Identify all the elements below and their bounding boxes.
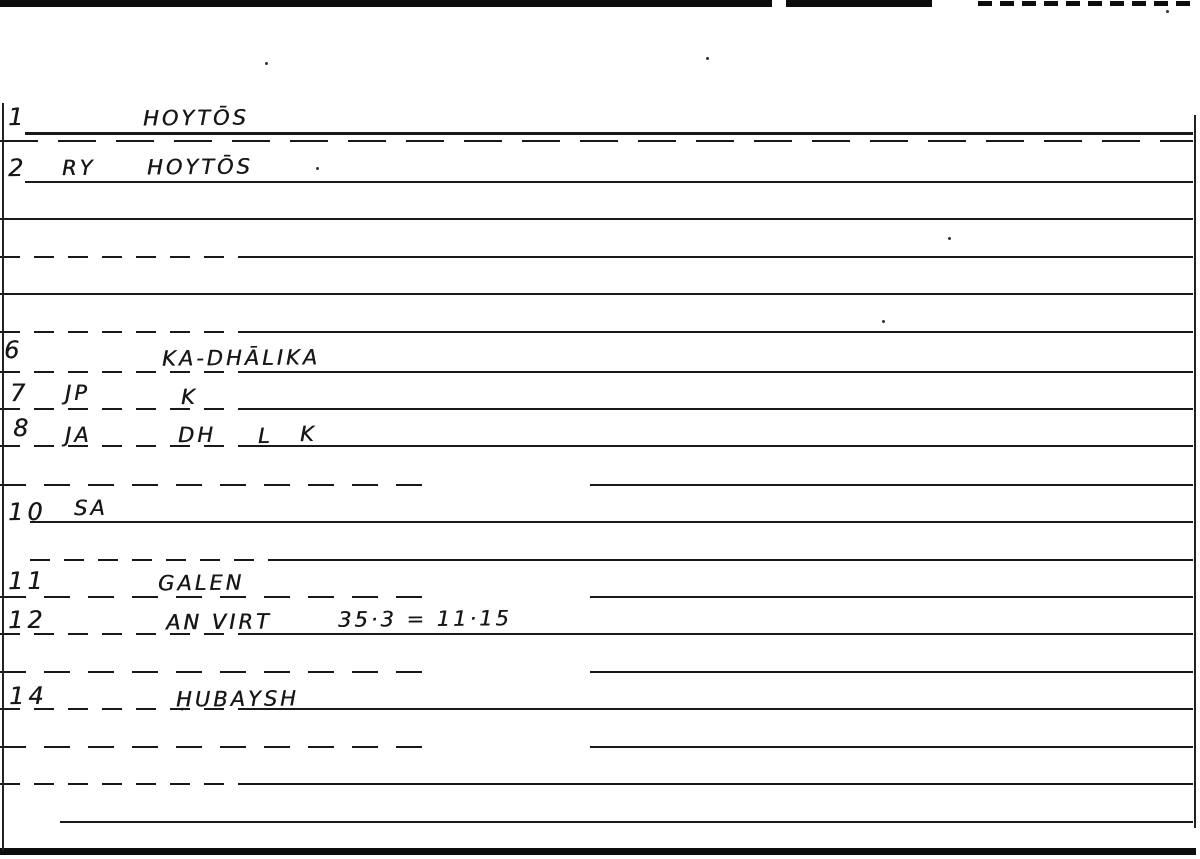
- ruled-line: [0, 746, 1193, 748]
- entry-line-number: 11: [8, 567, 47, 596]
- ink-speck: [706, 57, 709, 60]
- ruled-line: [30, 521, 1193, 523]
- entry-text: RY: [62, 156, 96, 181]
- ruled-line: [0, 408, 1193, 410]
- ruled-line: [30, 559, 1193, 561]
- ruled-line: [0, 484, 1193, 486]
- top-edge-bar: [786, 0, 932, 7]
- ruled-line: [0, 293, 1193, 295]
- entry-text: SA: [74, 496, 108, 521]
- entry-text: DH: [178, 423, 216, 449]
- ruled-line: [0, 331, 1193, 333]
- right-margin-line: [1194, 115, 1196, 828]
- ruled-line: [0, 140, 1193, 142]
- entry-line-number: 1: [8, 103, 28, 132]
- ruled-line: [25, 181, 1193, 183]
- entry-text: HOYTŌS: [143, 106, 249, 132]
- entry-line-number: 6: [4, 336, 24, 365]
- ruled-line: [60, 821, 1193, 823]
- top-edge-bar: [978, 1, 1196, 6]
- entry-text: 35·3 = 11·15: [338, 606, 512, 633]
- ink-speck: [1166, 10, 1169, 13]
- ruled-line: [0, 671, 1193, 673]
- entry-text: JA: [65, 423, 92, 448]
- ruled-line: [0, 256, 1193, 258]
- ink-speck: [948, 237, 951, 240]
- ruled-line: [0, 218, 1193, 220]
- entry-text: HOYTŌS: [147, 155, 253, 181]
- entry-line-number: 8: [13, 414, 33, 443]
- ink-speck: [316, 167, 319, 170]
- ruled-line: [25, 132, 1193, 135]
- entry-text: ḤUBAYSH: [176, 686, 299, 712]
- entry-text: AN VIRT: [166, 610, 272, 636]
- top-edge-bar: [0, 0, 772, 7]
- entry-line-number: 10: [8, 498, 47, 527]
- bottom-edge-bar: [0, 848, 1196, 855]
- entry-text: L: [258, 424, 273, 449]
- entry-text: GALEN: [158, 571, 245, 597]
- entry-line-number: 7: [10, 379, 30, 408]
- entry-text: KA-DHĀLIKA: [162, 345, 320, 372]
- entry-text: K: [181, 385, 198, 410]
- entry-line-number: 12: [8, 606, 47, 635]
- scanned-handwritten-page: 1HOYTŌS2RYHOYTŌS6KA-DHĀLIKA7JPK8JADHLK10…: [0, 0, 1200, 859]
- ink-speck: [265, 62, 268, 65]
- ruled-line: [0, 783, 1193, 785]
- entry-line-number: 14: [9, 682, 48, 711]
- left-margin-line: [2, 103, 4, 851]
- entry-line-number: 2: [8, 154, 28, 183]
- entry-text: JP: [65, 381, 90, 406]
- ink-speck: [882, 320, 885, 323]
- entry-text: K: [300, 422, 317, 447]
